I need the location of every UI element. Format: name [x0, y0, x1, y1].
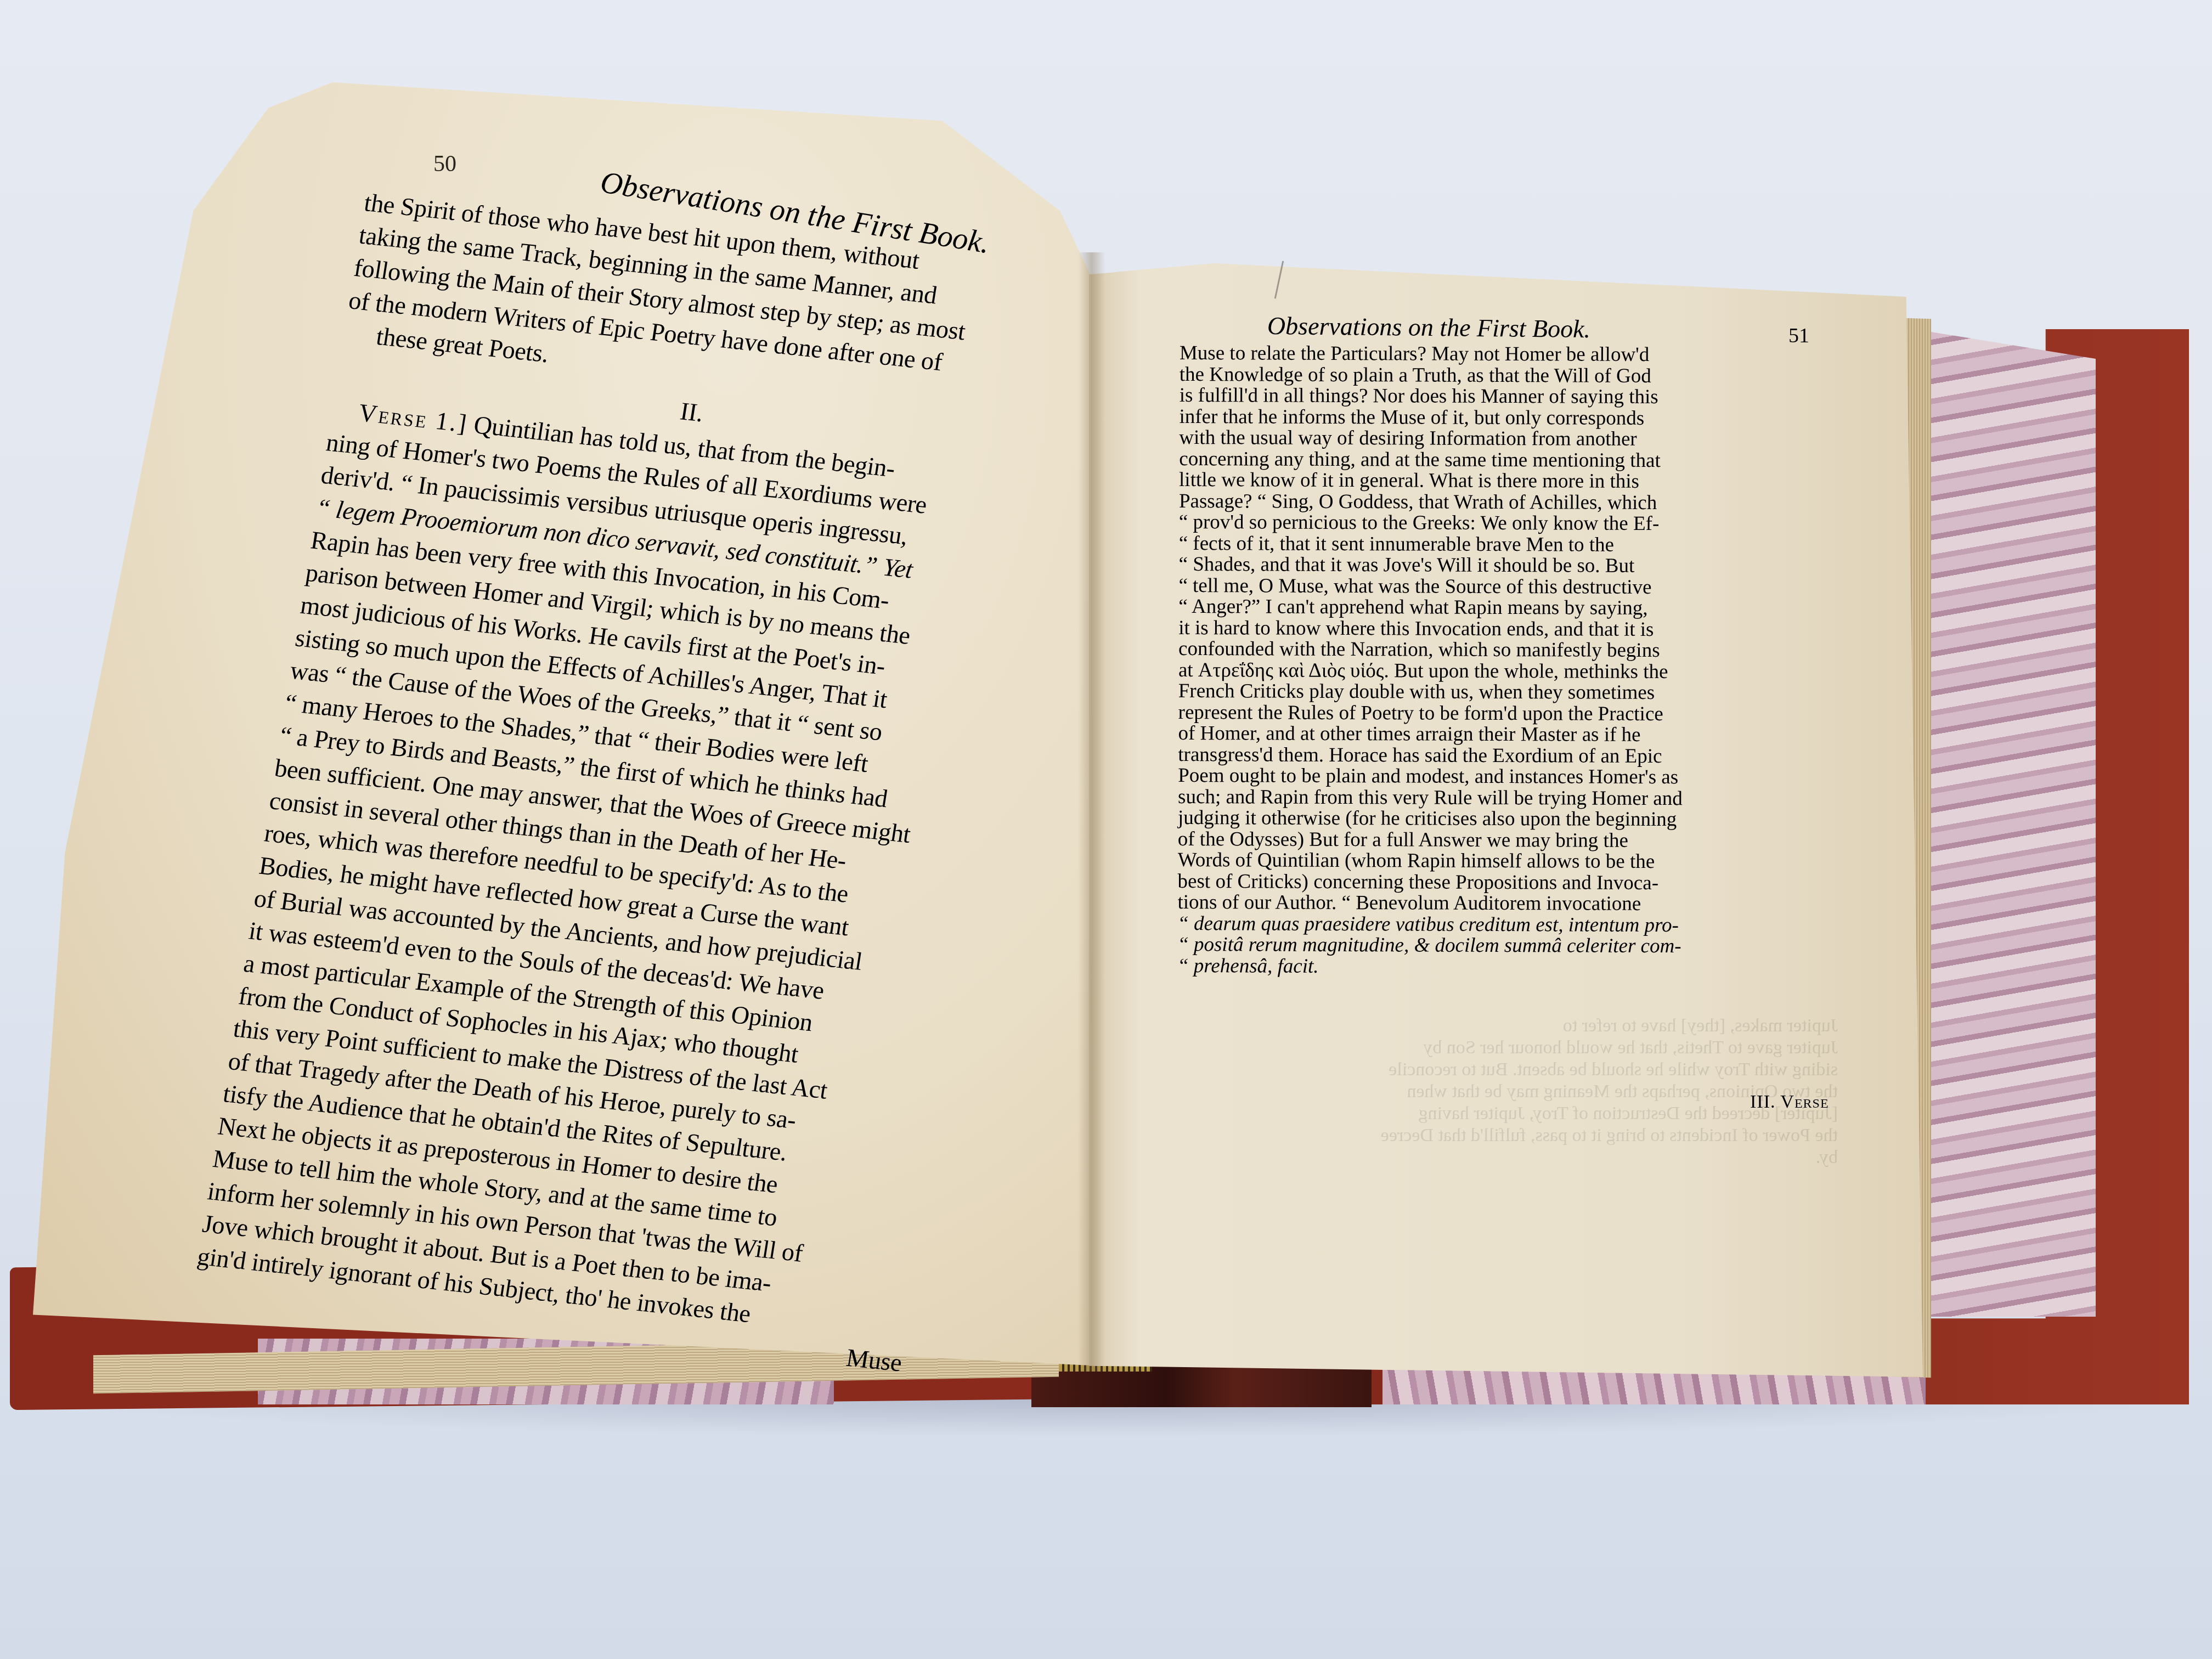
text-line: Words of Quintilian (whom Rapin himself …	[1178, 850, 1864, 873]
left-main-paragraph: Verse 1.] Quintilian has told us, that f…	[195, 393, 1043, 1347]
text-line: is fulfill'd in all things? Nor does his…	[1180, 385, 1865, 409]
text-line: “ prov'd so pernicious to the Greeks: We…	[1179, 512, 1865, 535]
right-page-text: Muse to relate the Particulars? May not …	[1177, 343, 1865, 979]
ghost-line: the Power of Incidents to bring it to pa…	[1207, 1125, 1838, 1147]
right-catchword: III. Verse	[1750, 1092, 1829, 1113]
text-line: with the usual way of desiring Informati…	[1179, 427, 1865, 451]
text-line: confounded with the Narration, which so …	[1178, 639, 1864, 662]
text-line: Poem ought to be plain and modest, and i…	[1178, 765, 1864, 789]
text-line: “ Shades, and that it was Jove's Will it…	[1179, 554, 1865, 578]
ghost-line: the two Opinions, perhaps the Meaning ma…	[1207, 1081, 1838, 1103]
text-line: “ positâ rerum magnitudine, & docilem su…	[1177, 934, 1863, 958]
text-line: “ Anger?” I can't apprehend what Rapin m…	[1178, 596, 1864, 620]
ghost-line: [Jupiter] decreed the Destruction of Tro…	[1207, 1103, 1838, 1125]
ghost-line: siding with Troy while he should be abse…	[1207, 1059, 1838, 1081]
text-line: little we know of it in general. What is…	[1179, 470, 1865, 493]
marbled-board-side	[1915, 329, 2096, 1317]
show-through-text: Jupiter makes, [they] have to refer to J…	[1207, 1015, 1838, 1180]
ghost-line: by.	[1207, 1147, 1838, 1169]
text-line: Muse to relate the Particulars? May not …	[1180, 343, 1865, 366]
text-line: “ prehensâ, facit.	[1177, 955, 1863, 979]
right-running-head: Observations on the First Book.	[1267, 311, 1591, 343]
text-line: tions of our Author. “ Benevolum Auditor…	[1177, 892, 1863, 916]
ghost-line: Jupiter gave to Thetis, that he would ho…	[1207, 1037, 1838, 1059]
book-gutter	[1078, 252, 1105, 1372]
right-page-number: 51	[1788, 324, 1809, 348]
text-line: judging it otherwise (for he criticises …	[1178, 808, 1864, 831]
text-line: of Homer, and at other times arraign the…	[1178, 723, 1864, 747]
ghost-line: Jupiter makes, [they] have to refer to	[1207, 1015, 1838, 1037]
text-line: French Criticks play double with us, whe…	[1178, 681, 1864, 704]
